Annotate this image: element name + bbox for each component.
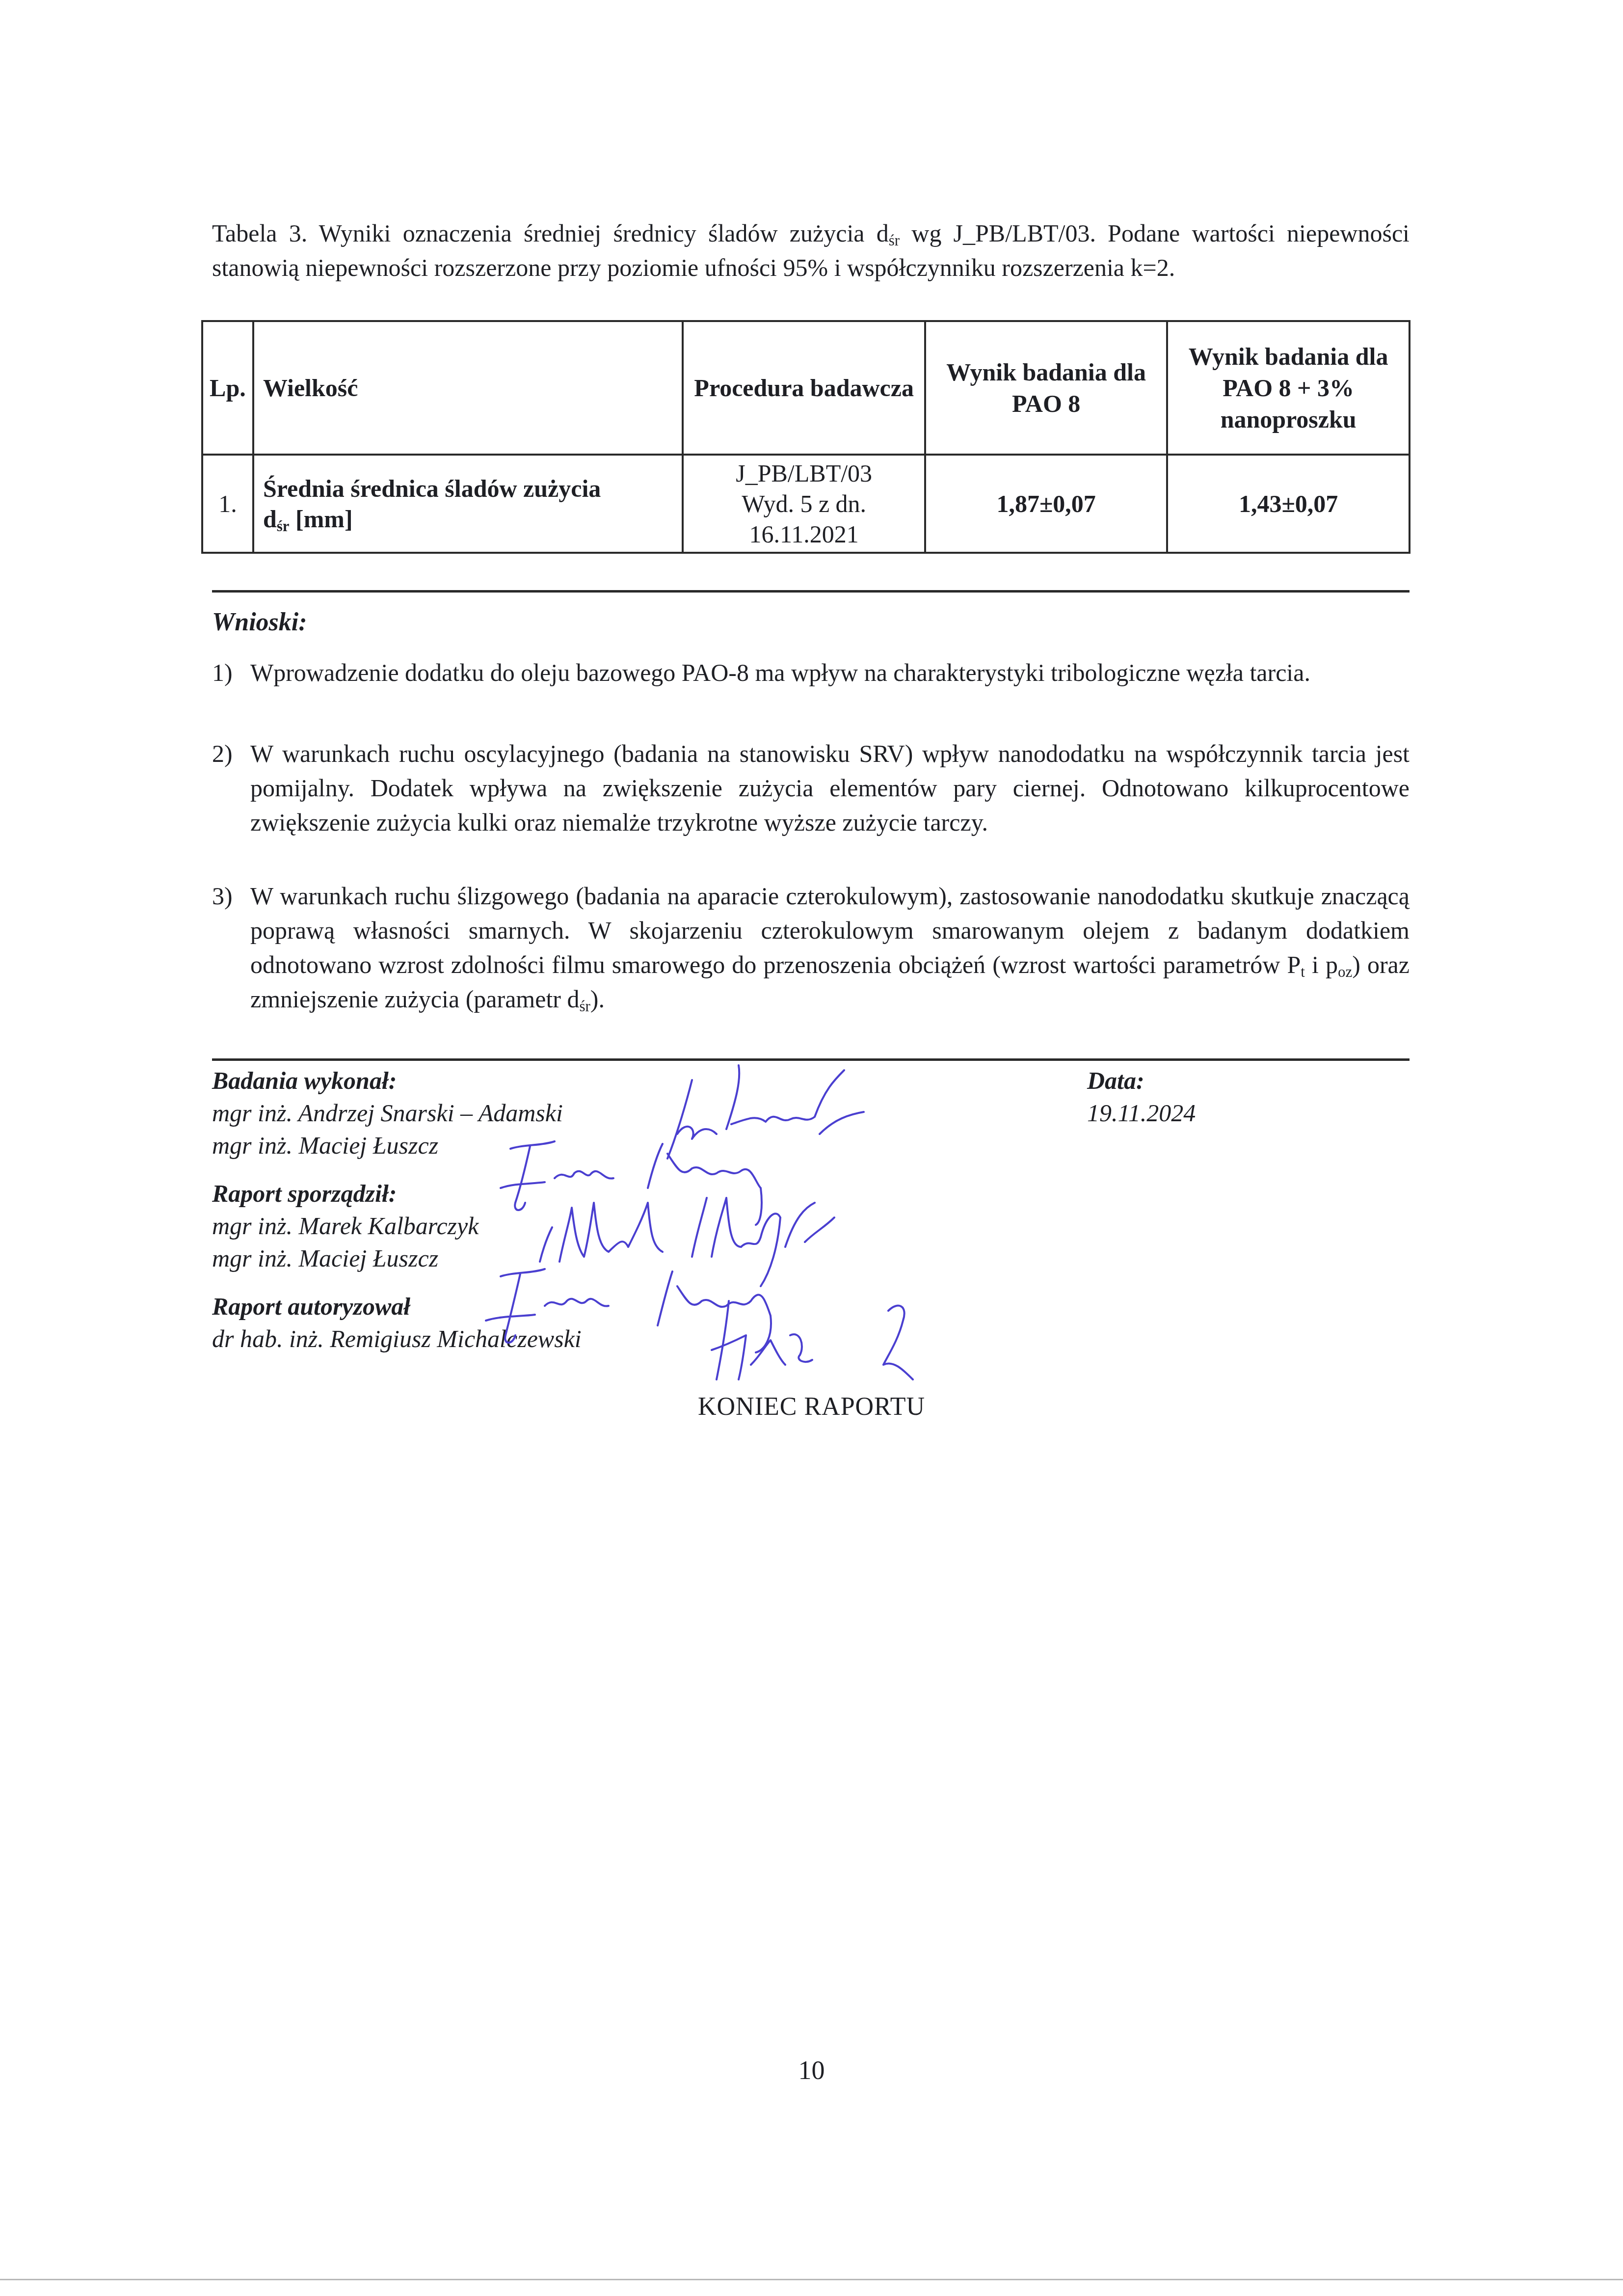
subscript: śr: [579, 998, 590, 1015]
conclusion-item: 3) W warunkach ruchu ślizgowego (badania…: [212, 879, 1410, 1016]
subscript: oz: [1338, 963, 1352, 980]
conclusion-item: 2) W warunkach ruchu oscylacyjnego (bada…: [212, 736, 1410, 839]
wielkosc-symbol: d: [263, 505, 277, 533]
conclusion-text-part: i p: [1305, 951, 1338, 978]
date-title: Data:: [1087, 1064, 1196, 1097]
conclusions-title: Wnioski:: [212, 608, 307, 637]
wielkosc-unit: [mm]: [290, 505, 353, 533]
conclusion-text: Wprowadzenie dodatku do oleju bazowego P…: [250, 655, 1410, 690]
prepared-by-block: Raport sporządził: mgr inż. Marek Kalbar…: [212, 1177, 479, 1274]
table-header-row: Lp. Wielkość Procedura badawcza Wynik ba…: [202, 321, 1410, 455]
cell-lp: 1.: [202, 455, 253, 553]
preparer-name: mgr inż. Maciej Łuszcz: [212, 1242, 479, 1274]
prepared-by-title: Raport sporządził:: [212, 1177, 479, 1210]
conclusion-text-part: W warunkach ruchu ślizgowego (badania na…: [250, 882, 1410, 978]
table-caption: Tabela 3. Wyniki oznaczenia średniej śre…: [212, 216, 1410, 285]
header-wielkosc: Wielkość: [253, 321, 683, 455]
tested-by-title: Badania wykonał:: [212, 1064, 563, 1097]
header-lp: Lp.: [202, 321, 253, 455]
cell-wielkosc: Średnia średnica śladów zużycia dśr [mm]: [253, 455, 683, 553]
cell-procedura: J_PB/LBT/03 Wyd. 5 z dn. 16.11.2021: [683, 455, 925, 553]
table-row: 1. Średnia średnica śladów zużycia dśr […: [202, 455, 1410, 553]
results-table: Lp. Wielkość Procedura badawcza Wynik ba…: [201, 320, 1410, 554]
procedura-edition: Wyd. 5 z dn.: [742, 490, 866, 517]
date-value: 19.11.2024: [1087, 1097, 1196, 1129]
conclusion-number: 3): [212, 879, 233, 913]
cell-wynik-pao8: 1,87±0,07: [925, 455, 1167, 553]
page-number: 10: [0, 2055, 1623, 2085]
conclusion-text: W warunkach ruchu ślizgowego (badania na…: [250, 879, 1410, 1016]
preparer-name: mgr inż. Marek Kalbarczyk: [212, 1210, 479, 1242]
caption-text: Tabela 3. Wyniki oznaczenia średniej śre…: [212, 219, 889, 247]
cell-wynik-pao8-nano: 1,43±0,07: [1167, 455, 1410, 553]
signature-michalczewski: [702, 1296, 957, 1384]
header-wynik-pao8: Wynik badania dla PAO 8: [925, 321, 1167, 455]
conclusion-text: W warunkach ruchu oscylacyjnego (badania…: [250, 736, 1410, 839]
caption-subscript: śr: [889, 232, 900, 249]
conclusion-item: 1) Wprowadzenie dodatku do oleju bazoweg…: [212, 655, 1410, 690]
date-block: Data: 19.11.2024: [1087, 1064, 1196, 1129]
conclusion-number: 2): [212, 736, 233, 771]
procedura-code: J_PB/LBT/03: [736, 459, 872, 487]
scan-edge: [0, 2279, 1623, 2280]
header-procedura: Procedura badawcza: [683, 321, 925, 455]
procedura-date: 16.11.2021: [749, 520, 859, 548]
wielkosc-label: Średnia średnica śladów zużycia: [263, 475, 601, 502]
conclusion-number: 1): [212, 655, 233, 690]
conclusion-text-part: ).: [590, 985, 605, 1013]
wielkosc-subscript: śr: [277, 517, 290, 535]
subscript: t: [1301, 963, 1305, 980]
section-divider: [212, 590, 1410, 593]
header-wynik-pao8-nano: Wynik badania dla PAO 8 + 3% nanoproszku: [1167, 321, 1410, 455]
end-of-report: KONIEC RAPORTU: [0, 1392, 1623, 1421]
